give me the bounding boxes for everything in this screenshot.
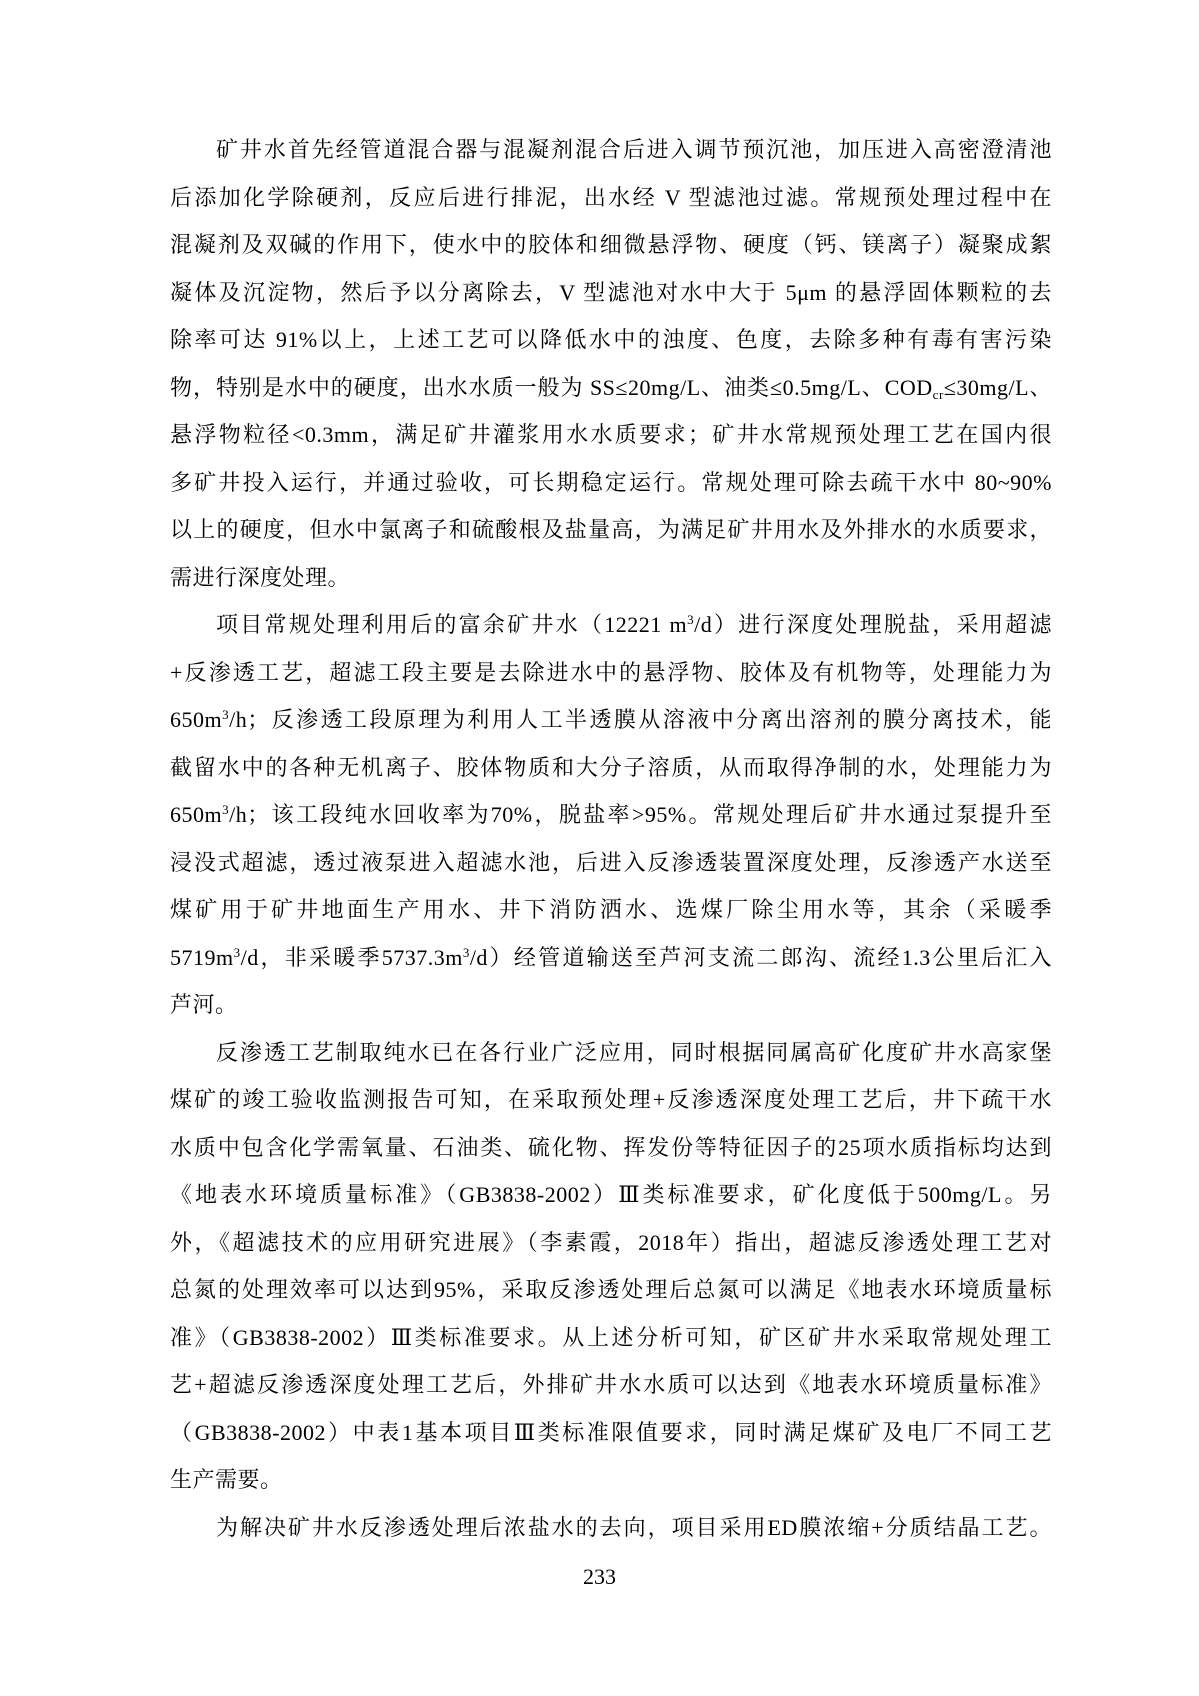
- text-run: （GB3838-2002）中表1基本项目Ⅲ类标准限值要求，同时满足煤矿及电厂不同…: [170, 1420, 1052, 1445]
- text-line: 截留水中的各种无机离子、胶体物质和大分子溶质，从而取得净制的水，处理能力为: [170, 744, 1052, 792]
- text-line: 多矿井投入运行，并通过验收，可长期稳定运行。常规处理可除去疏干水中 80~90%: [170, 459, 1052, 507]
- paragraph-2: 项目常规处理利用后的富余矿井水（12221 m3/d）进行深度处理脱盐，采用超滤…: [170, 601, 1052, 1029]
- text-run: /h；反渗透工段原理为利用人工半透膜从溶液中分离出溶剂的膜分离技术，能: [229, 707, 1052, 732]
- text-line: 准》（GB3838-2002）Ⅲ类标准要求。从上述分析可知，矿区矿井水采取常规处…: [170, 1314, 1052, 1362]
- text-line: 煤矿的竣工验收监测报告可知，在采取预处理+反渗透深度处理工艺后，井下疏干水: [170, 1076, 1052, 1124]
- text-line: 650m3/h；该工段纯水回收率为70%，脱盐率>95%。常规处理后矿井水通过泵…: [170, 791, 1052, 839]
- text-line: 艺+超滤反渗透深度处理工艺后，外排矿井水水质可以达到《地表水环境质量标准》: [170, 1361, 1052, 1409]
- text-run: 《地表水环境质量标准》（GB3838-2002）Ⅲ类标准要求，矿化度低于500m…: [170, 1182, 1052, 1207]
- text-line: 外，《超滤技术的应用研究进展》（李素霞，2018年）指出，超滤反渗透处理工艺对: [170, 1219, 1052, 1267]
- paragraph-4: 为解决矿井水反渗透处理后浓盐水的去向，项目采用ED膜浓缩+分质结晶工艺。: [170, 1504, 1052, 1552]
- text-run: 浸没式超滤，透过液泵进入超滤水池，后进入反渗透装置深度处理，反渗透产水送至: [170, 850, 1052, 875]
- text-run: 为解决矿井水反渗透处理后浓盐水的去向，项目采用ED膜浓缩+分质结晶工艺。: [216, 1515, 1052, 1540]
- text-run: +反渗透工艺，超滤工段主要是去除进水中的悬浮物、胶体及有机物等，处理能力为: [170, 660, 1052, 685]
- text-run: 外，《超滤技术的应用研究进展》（李素霞，2018年）指出，超滤反渗透处理工艺对: [170, 1230, 1052, 1255]
- text-line: 煤矿用于矿井地面生产用水、井下消防洒水、选煤厂除尘用水等，其余（采暖季: [170, 886, 1052, 934]
- text-run: 650m: [170, 707, 222, 732]
- text-line: +反渗透工艺，超滤工段主要是去除进水中的悬浮物、胶体及有机物等，处理能力为: [170, 649, 1052, 697]
- text-run: 芦河。: [170, 992, 238, 1017]
- text-sup: 3: [463, 945, 470, 960]
- document-page: 矿井水首先经管道混合器与混凝剂混合后进入调节预沉池，加压进入高密澄清池后添加化学…: [0, 0, 1199, 1696]
- text-run: 多矿井投入运行，并通过验收，可长期稳定运行。常规处理可除去疏干水中 80~90%: [170, 470, 1052, 495]
- text-line: 后添加化学除硬剂，反应后进行排泥，出水经 V 型滤池过滤。常规预处理过程中在: [170, 174, 1052, 222]
- text-sub: cr: [933, 387, 944, 402]
- text-run: 截留水中的各种无机离子、胶体物质和大分子溶质，从而取得净制的水，处理能力为: [170, 755, 1052, 780]
- text-line: 除率可达 91%以上，上述工艺可以降低水中的浊度、色度，去除多种有毒有害污染: [170, 316, 1052, 364]
- text-run: 需进行深度处理。: [170, 565, 350, 590]
- text-run: 5719m: [170, 945, 234, 970]
- text-line: 矿井水首先经管道混合器与混凝剂混合后进入调节预沉池，加压进入高密澄清池: [170, 126, 1052, 174]
- text-run: /d）进行深度处理脱盐，采用超滤: [694, 612, 1052, 637]
- document-content: 矿井水首先经管道混合器与混凝剂混合后进入调节预沉池，加压进入高密澄清池后添加化学…: [170, 126, 1052, 1551]
- paragraph-3: 反渗透工艺制取纯水已在各行业广泛应用，同时根据同属高矿化度矿井水高家堡煤矿的竣工…: [170, 1029, 1052, 1504]
- text-line: 项目常规处理利用后的富余矿井水（12221 m3/d）进行深度处理脱盐，采用超滤: [170, 601, 1052, 649]
- text-run: 悬浮物粒径<0.3mm，满足矿井灌浆用水水质要求；矿井水常规预处理工艺在国内很: [170, 422, 1052, 447]
- text-run: 准》（GB3838-2002）Ⅲ类标准要求。从上述分析可知，矿区矿井水采取常规处…: [170, 1325, 1052, 1350]
- text-line: 5719m3/d，非采暖季5737.3m3/d）经管道输送至芦河支流二郎沟、流经…: [170, 934, 1052, 982]
- text-line: 生产需要。: [170, 1456, 1052, 1504]
- text-run: 后添加化学除硬剂，反应后进行排泥，出水经 V 型滤池过滤。常规预处理过程中在: [170, 185, 1052, 210]
- text-run: /d，非采暖季5737.3m: [241, 945, 463, 970]
- text-run: 650m: [170, 802, 222, 827]
- text-run: 项目常规处理利用后的富余矿井水（12221 m: [216, 612, 687, 637]
- text-run: ≤30mg/L、: [944, 375, 1052, 400]
- text-run: 物，特别是水中的硬度，出水水质一般为 SS≤20mg/L、油类≤0.5mg/L、…: [170, 375, 933, 400]
- text-line: 反渗透工艺制取纯水已在各行业广泛应用，同时根据同属高矿化度矿井水高家堡: [170, 1029, 1052, 1077]
- text-run: 煤矿的竣工验收监测报告可知，在采取预处理+反渗透深度处理工艺后，井下疏干水: [170, 1087, 1052, 1112]
- text-sup: 3: [234, 945, 241, 960]
- text-line: 需进行深度处理。: [170, 554, 1052, 602]
- text-line: 为解决矿井水反渗透处理后浓盐水的去向，项目采用ED膜浓缩+分质结晶工艺。: [170, 1504, 1052, 1552]
- paragraph-1: 矿井水首先经管道混合器与混凝剂混合后进入调节预沉池，加压进入高密澄清池后添加化学…: [170, 126, 1052, 601]
- text-line: 以上的硬度，但水中氯离子和硫酸根及盐量高，为满足矿井用水及外排水的水质要求，: [170, 506, 1052, 554]
- text-line: 凝体及沉淀物，然后予以分离除去，V 型滤池对水中大于 5μm 的悬浮固体颗粒的去: [170, 269, 1052, 317]
- text-line: （GB3838-2002）中表1基本项目Ⅲ类标准限值要求，同时满足煤矿及电厂不同…: [170, 1409, 1052, 1457]
- text-run: 水质中包含化学需氧量、石油类、硫化物、挥发份等特征因子的25项水质指标均达到: [170, 1135, 1052, 1160]
- text-line: 650m3/h；反渗透工段原理为利用人工半透膜从溶液中分离出溶剂的膜分离技术，能: [170, 696, 1052, 744]
- text-run: 凝体及沉淀物，然后予以分离除去，V 型滤池对水中大于 5μm 的悬浮固体颗粒的去: [170, 280, 1052, 305]
- text-run: /d）经管道输送至芦河支流二郎沟、流经1.3公里后汇入: [470, 945, 1052, 970]
- text-run: 矿井水首先经管道混合器与混凝剂混合后进入调节预沉池，加压进入高密澄清池: [216, 137, 1052, 162]
- text-run: 总氮的处理效率可以达到95%，采取反渗透处理后总氮可以满足《地表水环境质量标: [170, 1277, 1052, 1302]
- text-line: 混凝剂及双碱的作用下，使水中的胶体和细微悬浮物、硬度（钙、镁离子）凝聚成絮: [170, 221, 1052, 269]
- text-run: 煤矿用于矿井地面生产用水、井下消防洒水、选煤厂除尘用水等，其余（采暖季: [170, 897, 1052, 922]
- text-run: 反渗透工艺制取纯水已在各行业广泛应用，同时根据同属高矿化度矿井水高家堡: [216, 1040, 1052, 1065]
- text-line: 芦河。: [170, 981, 1052, 1029]
- text-run: 混凝剂及双碱的作用下，使水中的胶体和细微悬浮物、硬度（钙、镁离子）凝聚成絮: [170, 232, 1052, 257]
- text-line: 浸没式超滤，透过液泵进入超滤水池，后进入反渗透装置深度处理，反渗透产水送至: [170, 839, 1052, 887]
- text-line: 水质中包含化学需氧量、石油类、硫化物、挥发份等特征因子的25项水质指标均达到: [170, 1124, 1052, 1172]
- page-number: 233: [0, 1562, 1199, 1592]
- text-line: 悬浮物粒径<0.3mm，满足矿井灌浆用水水质要求；矿井水常规预处理工艺在国内很: [170, 411, 1052, 459]
- text-line: 物，特别是水中的硬度，出水水质一般为 SS≤20mg/L、油类≤0.5mg/L、…: [170, 364, 1052, 412]
- text-run: 除率可达 91%以上，上述工艺可以降低水中的浊度、色度，去除多种有毒有害污染: [170, 327, 1052, 352]
- text-line: 《地表水环境质量标准》（GB3838-2002）Ⅲ类标准要求，矿化度低于500m…: [170, 1171, 1052, 1219]
- text-run: 生产需要。: [170, 1467, 283, 1492]
- text-line: 总氮的处理效率可以达到95%，采取反渗透处理后总氮可以满足《地表水环境质量标: [170, 1266, 1052, 1314]
- text-run: 艺+超滤反渗透深度处理工艺后，外排矿井水水质可以达到《地表水环境质量标准》: [170, 1372, 1052, 1397]
- text-run: /h；该工段纯水回收率为70%，脱盐率>95%。常规处理后矿井水通过泵提升至: [229, 802, 1052, 827]
- text-run: 以上的硬度，但水中氯离子和硫酸根及盐量高，为满足矿井用水及外排水的水质要求，: [170, 517, 1052, 542]
